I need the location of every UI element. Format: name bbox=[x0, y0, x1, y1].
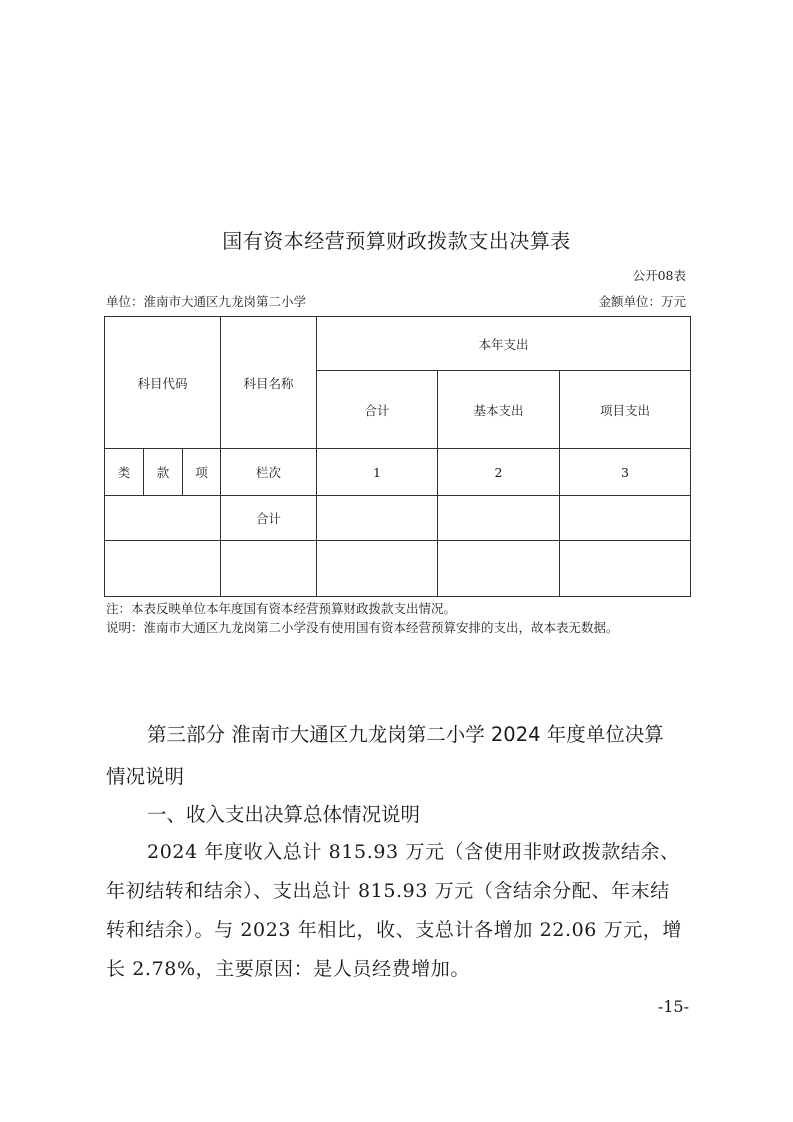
paragraph-line: 转和结余）。与 2023 年相比，收、支总计各增加 22.06 万元，增 bbox=[106, 915, 682, 942]
paragraph-line: 长 2.78%，主要原因：是人员经费增加。 bbox=[106, 954, 470, 981]
page-number: -15- bbox=[658, 997, 689, 1016]
expense-table: 科目代码 科目名称 本年支出 合计 基本支出 项目支出 类 款 项 栏次 1 2… bbox=[104, 316, 691, 597]
section-heading-line2: 情况说明 bbox=[106, 761, 184, 789]
table-row: 合计 bbox=[105, 496, 691, 541]
header-current-year-expense: 本年支出 bbox=[317, 317, 691, 371]
row-project bbox=[560, 496, 691, 541]
row-code bbox=[105, 541, 221, 597]
table-title: 国有资本经营预算财政拨款支出决算表 bbox=[0, 225, 793, 254]
header-total: 合计 bbox=[317, 371, 438, 449]
header-basic-expense: 基本支出 bbox=[438, 371, 560, 449]
row-total bbox=[317, 541, 438, 597]
section-heading-line1: 第三部分 淮南市大通区九龙岗第二小学 2024 年度单位决算 bbox=[147, 719, 664, 747]
subheading: 一、收入支出决算总体情况说明 bbox=[147, 799, 420, 827]
code-part-item: 项 bbox=[183, 449, 221, 496]
table-explanation: 说明：淮南市大通区九龙岗第二小学没有使用国有资本经营预算安排的支出，故本表无数据… bbox=[106, 618, 619, 636]
row-basic bbox=[438, 541, 560, 597]
header-project-expense: 项目支出 bbox=[560, 371, 691, 449]
code-part-section: 款 bbox=[144, 449, 183, 496]
table-note: 注：本表反映单位本年度国有资本经营预算财政拨款支出情况。 bbox=[106, 599, 456, 617]
row-code bbox=[105, 496, 221, 541]
paragraph-line: 2024 年度收入总计 815.93 万元（含使用非财政拨款结余、 bbox=[147, 837, 680, 864]
header-subject-code: 科目代码 bbox=[105, 317, 221, 449]
unit-label: 单位：淮南市大通区九龙岗第二小学 bbox=[106, 292, 306, 310]
column-number-1: 1 bbox=[317, 449, 438, 496]
row-name: 合计 bbox=[221, 496, 317, 541]
table-code: 公开08表 bbox=[633, 266, 686, 284]
code-part-class: 类 bbox=[105, 449, 144, 496]
amount-unit: 金额单位：万元 bbox=[598, 292, 686, 310]
paragraph-line: 年初结转和结余）、支出总计 815.93 万元（含结余分配、年末结 bbox=[106, 876, 670, 903]
column-index-label: 栏次 bbox=[221, 449, 317, 496]
table-row bbox=[105, 541, 691, 597]
column-index-row: 类 款 项 栏次 1 2 3 bbox=[105, 449, 691, 496]
column-number-2: 2 bbox=[438, 449, 560, 496]
column-number-3: 3 bbox=[560, 449, 691, 496]
row-total bbox=[317, 496, 438, 541]
row-name bbox=[221, 541, 317, 597]
row-basic bbox=[438, 496, 560, 541]
header-subject-name: 科目名称 bbox=[221, 317, 317, 449]
row-project bbox=[560, 541, 691, 597]
